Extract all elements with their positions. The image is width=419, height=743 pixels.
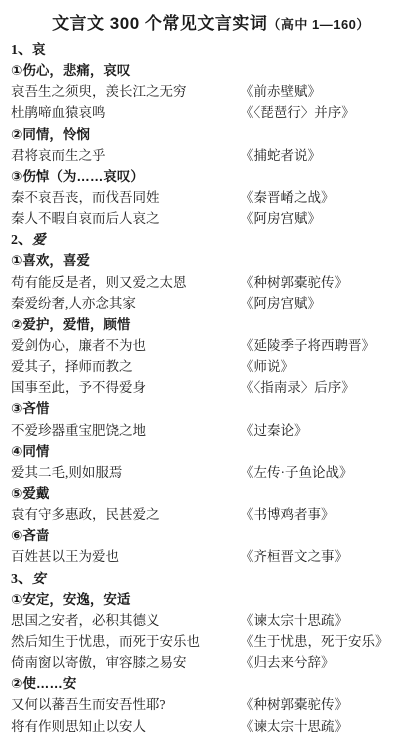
headword-text: 哀 <box>32 42 46 57</box>
example-line: 爱其二毛,则如服焉《左传·子鱼论战》 <box>11 462 411 483</box>
page-title-paren: （高中 1—160） <box>267 17 370 32</box>
example-text: 爱其二毛,则如服焉 <box>11 465 122 480</box>
example-line: 哀吾生之须臾，羡长江之无穷《前赤壁赋》 <box>11 81 411 102</box>
sense-line: ③伤悼（为……哀叹） <box>11 166 411 187</box>
sense-text: ④同情 <box>11 444 49 459</box>
sense-text: ③伤悼（为……哀叹） <box>11 169 144 184</box>
example-text: 倚南窗以寄傲，审容膝之易安 <box>11 655 187 670</box>
example-line: 思国之安者，必积其德义《谏太宗十思疏》 <box>11 610 411 631</box>
source-title: 《书博鸡者事》 <box>240 504 335 525</box>
source-title: 《种树郭橐驼传》 <box>240 694 348 715</box>
headword-text: 安 <box>32 571 46 586</box>
example-text: 又何以蕃吾生而安吾性耶? <box>11 697 166 712</box>
example-line: 将有作则思知止以安人《谏太宗十思疏》 <box>11 716 411 737</box>
example-text: 将有作则思知止以安人 <box>11 719 146 734</box>
example-line: 苟有能反是者，则又爱之太恩《种树郭橐驼传》 <box>11 272 411 293</box>
source-title: 《捕蛇者说》 <box>240 145 321 166</box>
example-line: 倚南窗以寄傲，审容膝之易安《归去来兮辞》 <box>11 652 411 673</box>
sense-line: ⑤爱戴 <box>11 483 411 504</box>
entry-rows: 1、哀①伤心，悲痛，哀叹哀吾生之须臾，羡长江之无穷《前赤壁赋》杜鹃啼血猿哀鸣《〈… <box>11 39 411 737</box>
sense-text: ②爱护，爱惜，顾惜 <box>11 317 130 332</box>
example-line: 然后知生于忧患，而死于安乐也《生于忧患，死于安乐》 <box>11 631 411 652</box>
example-text: 然后知生于忧患，而死于安乐也 <box>11 634 200 649</box>
sense-text: ①伤心，悲痛，哀叹 <box>11 63 130 78</box>
example-text: 秦人不暇自哀而后人哀之 <box>11 211 160 226</box>
example-line: 爱其子，择师而教之《师说》 <box>11 356 411 377</box>
example-line: 国事至此，予不得爱身《〈指南录〉后序》 <box>11 377 411 398</box>
example-line: 秦爱纷奢,人亦念其家《阿房宫赋》 <box>11 293 411 314</box>
sense-text: ②同情，怜悯 <box>11 127 90 142</box>
example-line: 秦不哀吾丧，而伐吾同姓《秦晋崤之战》 <box>11 187 411 208</box>
example-text: 君将哀而生之乎 <box>11 148 106 163</box>
headword-number: 1、 <box>11 43 32 58</box>
headword-number: 2、 <box>11 233 32 248</box>
source-title: 《师说》 <box>240 356 294 377</box>
example-text: 杜鹃啼血猿哀鸣 <box>11 105 106 120</box>
source-title: 《种树郭橐驼传》 <box>240 272 348 293</box>
example-text: 思国之安者，必积其德义 <box>11 613 160 628</box>
example-line: 秦人不暇自哀而后人哀之《阿房宫赋》 <box>11 208 411 229</box>
example-text: 秦爱纷奢,人亦念其家 <box>11 296 136 311</box>
example-text: 哀吾生之须臾，羡长江之无穷 <box>11 84 187 99</box>
sense-line: ⑥吝啬 <box>11 525 411 546</box>
headword-line: 1、哀 <box>11 39 411 60</box>
source-title: 《秦晋崤之战》 <box>240 187 335 208</box>
headword-line: 3、安 <box>11 568 411 589</box>
headword-text: 爱 <box>32 232 46 247</box>
example-line: 君将哀而生之乎《捕蛇者说》 <box>11 145 411 166</box>
source-title: 《阿房宫赋》 <box>240 208 321 229</box>
sense-line: ②同情，怜悯 <box>11 124 411 145</box>
example-text: 爱剑伪心，廉者不为也 <box>11 338 146 353</box>
example-text: 袁有守多惠政，民甚爱之 <box>11 507 160 522</box>
source-title: 《谏太宗十思疏》 <box>240 610 348 631</box>
source-title: 《齐桓晋文之事》 <box>240 546 348 567</box>
source-title: 《阿房宫赋》 <box>240 293 321 314</box>
document-page: 文言文 300 个常见文言实词（高中 1—160） 1、哀①伤心，悲痛，哀叹哀吾… <box>0 0 419 743</box>
sense-text: ①安定，安逸，安适 <box>11 592 130 607</box>
sense-line: ①喜欢，喜爱 <box>11 250 411 271</box>
example-text: 不爱珍器重宝肥饶之地 <box>11 423 146 438</box>
source-title: 《左传·子鱼论战》 <box>240 462 353 483</box>
page-title-main: 文言文 300 个常见文言实词 <box>52 14 267 33</box>
example-text: 苟有能反是者，则又爱之太恩 <box>11 275 187 290</box>
source-title: 《前赤壁赋》 <box>240 81 321 102</box>
example-text: 国事至此，予不得爱身 <box>11 380 146 395</box>
source-title: 《谏太宗十思疏》 <box>240 716 348 737</box>
source-title: 《〈指南录〉后序》 <box>240 377 355 398</box>
example-text: 秦不哀吾丧，而伐吾同姓 <box>11 190 160 205</box>
headword-number: 3、 <box>11 572 32 587</box>
source-title: 《过秦论》 <box>240 420 308 441</box>
source-title: 《〈琵琶行〉并序》 <box>240 102 355 123</box>
example-line: 不爱珍器重宝肥饶之地《过秦论》 <box>11 420 411 441</box>
sense-line: ④同情 <box>11 441 411 462</box>
sense-line: ①安定，安逸，安适 <box>11 589 411 610</box>
sense-line: ②使……安 <box>11 673 411 694</box>
example-line: 杜鹃啼血猿哀鸣《〈琵琶行〉并序》 <box>11 102 411 123</box>
sense-line: ③吝惜 <box>11 398 411 419</box>
example-line: 百姓甚以王为爱也《齐桓晋文之事》 <box>11 546 411 567</box>
example-text: 爱其子，择师而教之 <box>11 359 133 374</box>
sense-text: ⑤爱戴 <box>11 486 49 501</box>
sense-line: ②爱护，爱惜，顾惜 <box>11 314 411 335</box>
sense-text: ⑥吝啬 <box>11 528 49 543</box>
example-line: 袁有守多惠政，民甚爱之《书博鸡者事》 <box>11 504 411 525</box>
headword-line: 2、爱 <box>11 229 411 250</box>
page-title: 文言文 300 个常见文言实词（高中 1—160） <box>11 12 411 37</box>
source-title: 《延陵季子将西聘晋》 <box>240 335 375 356</box>
source-title: 《归去来兮辞》 <box>240 652 335 673</box>
source-title: 《生于忧患，死于安乐》 <box>240 631 389 652</box>
sense-line: ①伤心，悲痛，哀叹 <box>11 60 411 81</box>
example-text: 百姓甚以王为爱也 <box>11 549 119 564</box>
example-line: 爱剑伪心，廉者不为也《延陵季子将西聘晋》 <box>11 335 411 356</box>
example-line: 又何以蕃吾生而安吾性耶?《种树郭橐驼传》 <box>11 694 411 715</box>
sense-text: ③吝惜 <box>11 401 49 416</box>
sense-text: ②使……安 <box>11 676 76 691</box>
sense-text: ①喜欢，喜爱 <box>11 253 90 268</box>
